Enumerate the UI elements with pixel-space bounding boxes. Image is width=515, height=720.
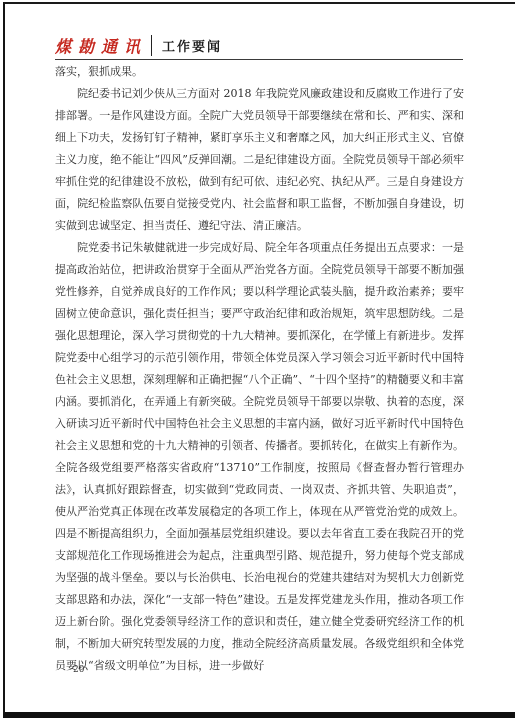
body-paragraph: 院党委书记朱敏健就进一步完成好局、院全年各项重点任务提出五点要求：一是提高政治站…	[55, 237, 464, 673]
header-divider	[151, 35, 152, 56]
section-title: 工作要闻	[162, 36, 222, 55]
body-paragraph: 院纪委书记刘少侠从三方面对 2018 年我院党风廉政建设和反腐败工作进行了安排部…	[55, 83, 464, 237]
document-page: 煤勘通讯 工作要闻 落实，狠抓成果。 院纪委书记刘少侠从三方面对 2018 年我…	[0, 0, 515, 720]
body-paragraph: 落实，狠抓成果。	[55, 61, 464, 83]
page-number: 20	[73, 665, 84, 675]
masthead-title: 煤勘通讯	[55, 33, 147, 57]
article-body: 落实，狠抓成果。 院纪委书记刘少侠从三方面对 2018 年我院党风廉政建设和反腐…	[55, 61, 464, 673]
page-header: 煤勘通讯 工作要闻	[55, 33, 463, 57]
header-rule	[55, 59, 463, 60]
